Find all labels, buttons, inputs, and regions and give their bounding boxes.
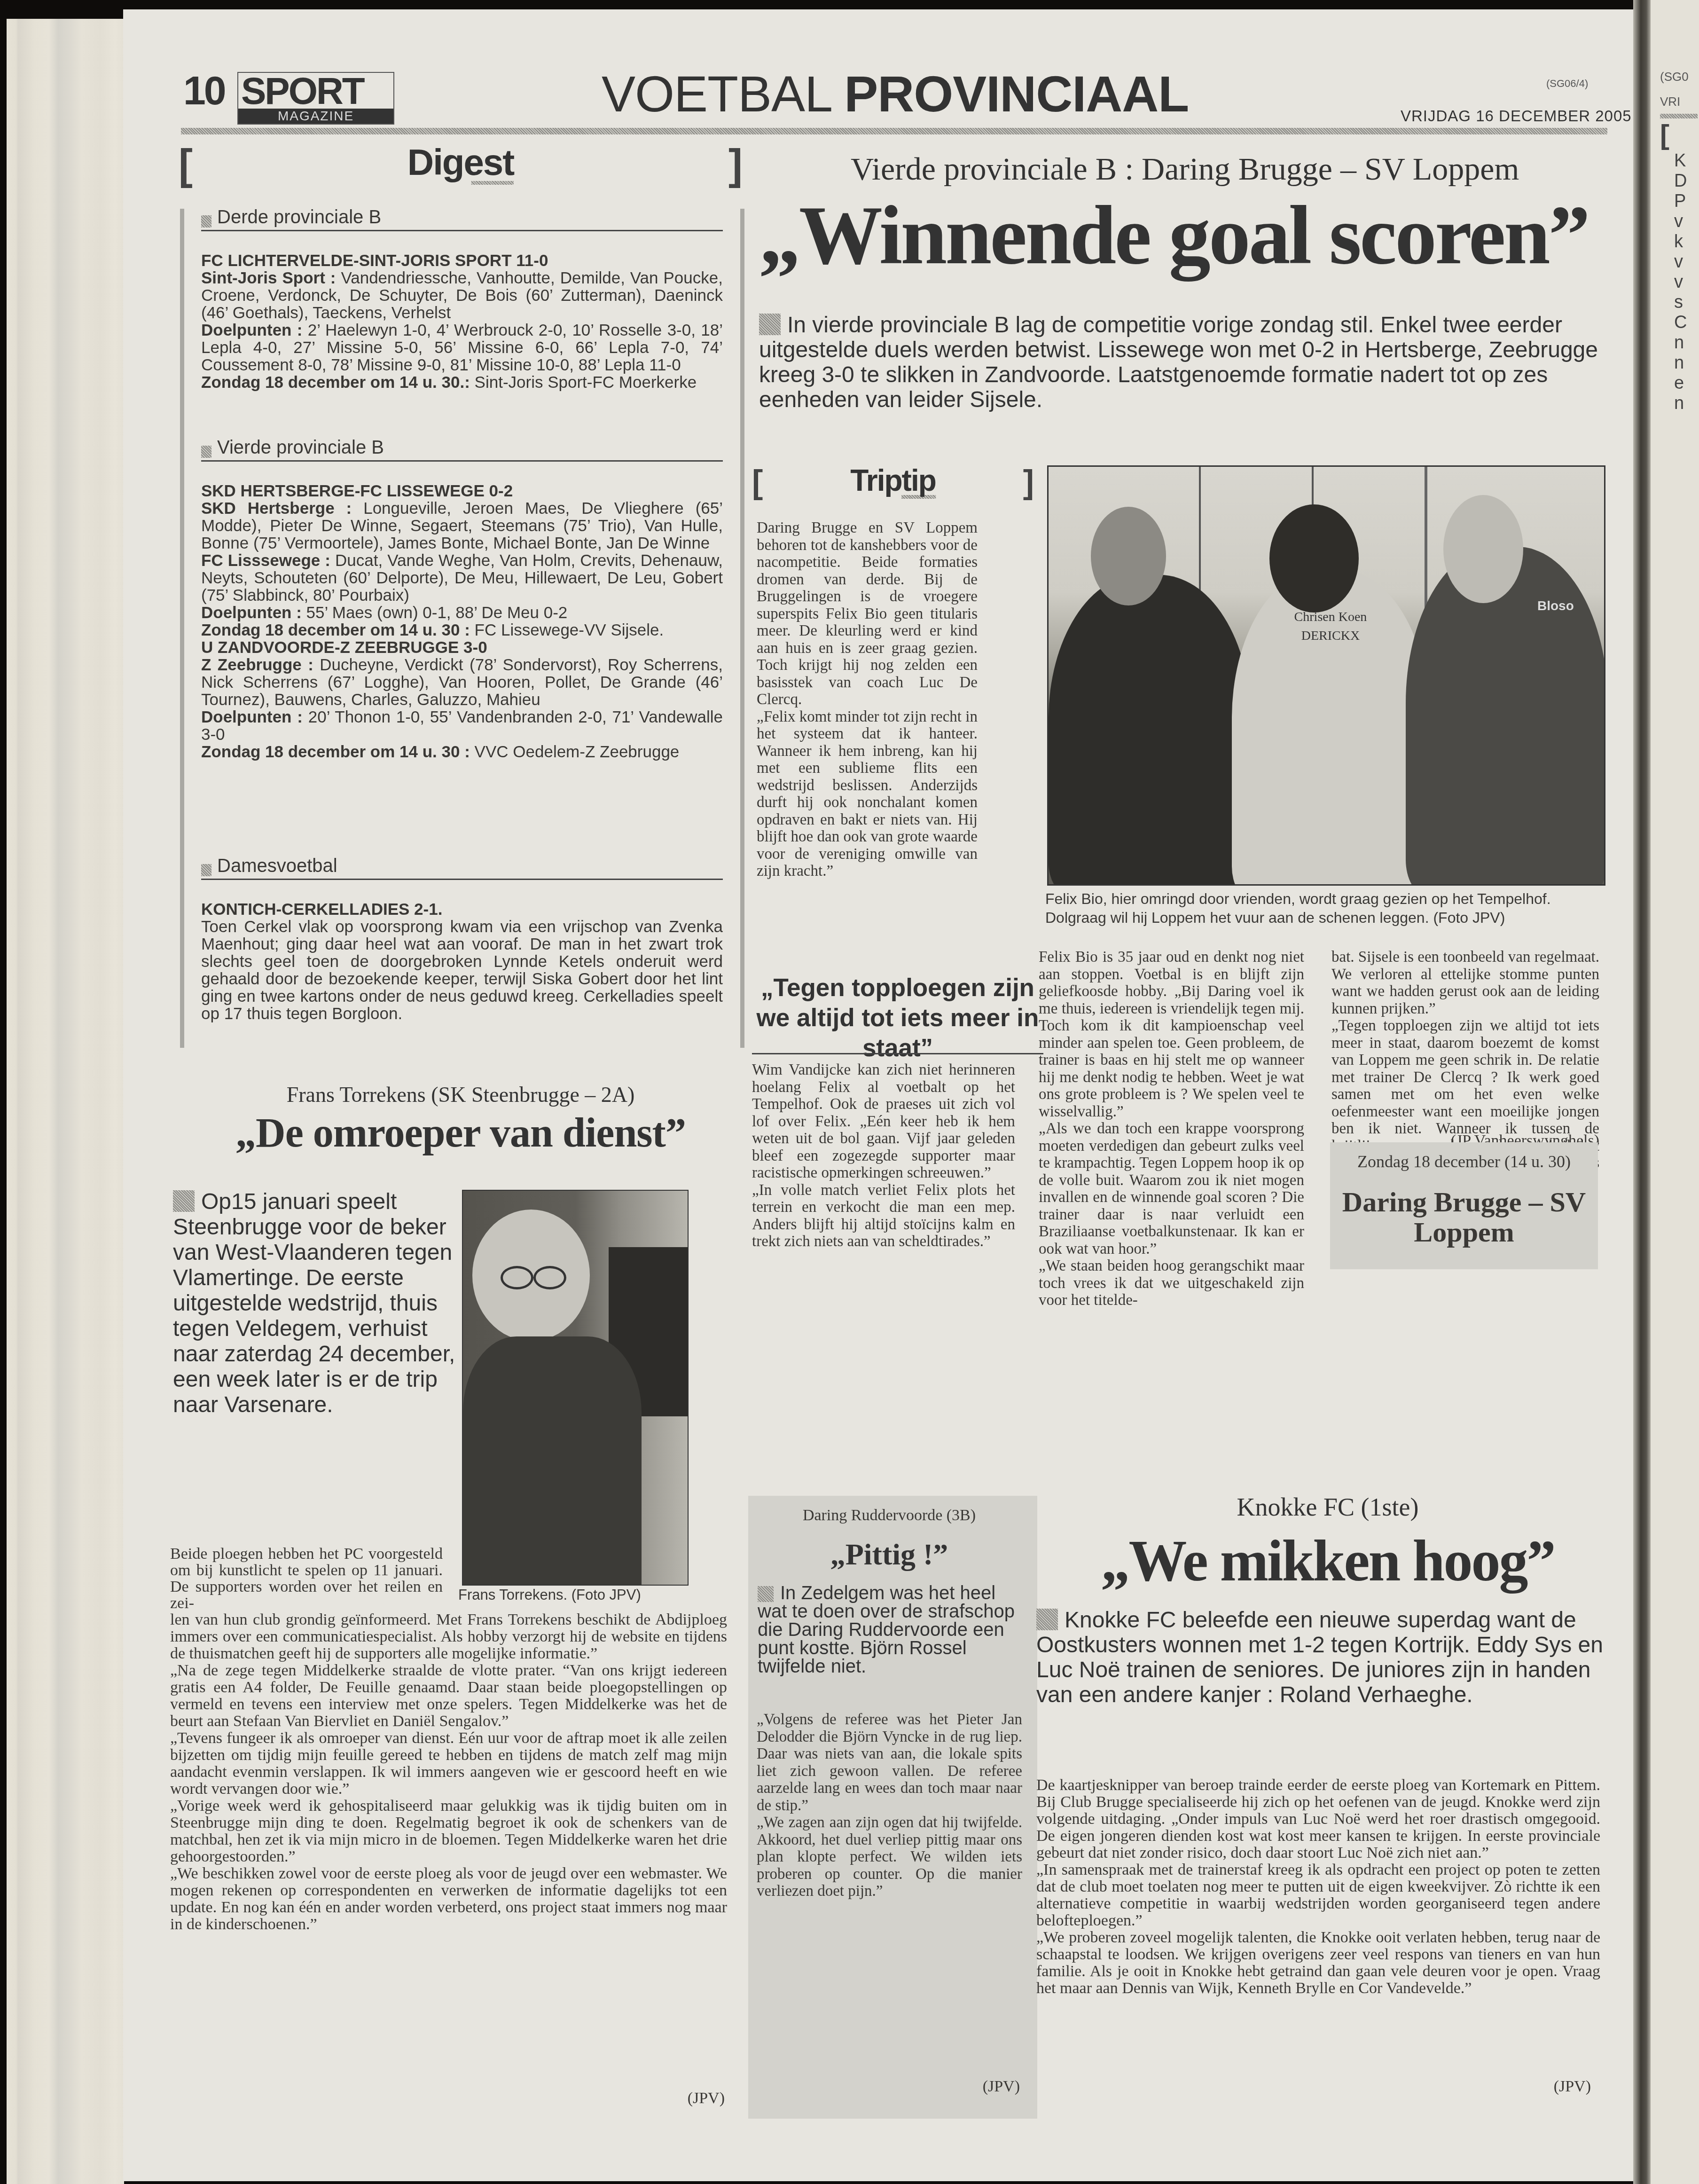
- digest-line: Doelpunten : 55’ Maes (own) 0-1, 88’ De …: [201, 604, 723, 621]
- pull-quote-rule: [752, 1053, 1043, 1054]
- pull-quote: „Tegen topploegen zijn we altijd tot iet…: [752, 973, 1043, 1063]
- next-page-letter: K: [1674, 151, 1699, 171]
- page-number: 10: [183, 71, 225, 111]
- face-center: [1269, 504, 1359, 613]
- bracket-open: [: [179, 141, 193, 189]
- digest-line: Z Zeebrugge : Ducheyne, Verdickt (78’ So…: [201, 656, 723, 708]
- section-title-bold: PROVINCIAAL: [844, 65, 1189, 122]
- face-right: [1443, 495, 1523, 603]
- article-column-2: Felix Bio is 35 jaar oud en denkt nog ni…: [1039, 949, 1304, 1309]
- jacket-logo-text: Bloso: [1537, 598, 1574, 613]
- digest-subheading: Vierde provinciale B: [201, 439, 723, 462]
- digest-section-derde: Derde provinciale B FC LICHTERVELDE-SINT…: [201, 209, 723, 391]
- byline: (JPV): [757, 2078, 1020, 2096]
- next-page-letter: e: [1674, 373, 1699, 393]
- digest-line: FC LICHTERVELDE-SINT-JORIS SPORT 11-0: [201, 252, 723, 269]
- knokke-kicker: Knokke FC (1ste): [1034, 1493, 1621, 1522]
- main-kicker: Vierde provinciale B : Daring Brugge – S…: [851, 150, 1519, 188]
- glasses-icon: [533, 1266, 566, 1289]
- torrekens-headline: „De omroeper van dienst”: [179, 1109, 743, 1157]
- lede-square-icon: [1036, 1609, 1058, 1630]
- digest-line: SKD Hertsberge : Longueville, Jeroen Mae…: [201, 500, 723, 552]
- photo-frans-torrekens: [462, 1190, 689, 1586]
- digest-line: Zondag 18 december om 14 u. 30 : VVC Oed…: [201, 743, 723, 761]
- next-page-letter: P: [1674, 191, 1699, 212]
- next-page-code: (SG0: [1660, 70, 1699, 84]
- knokke-lede: Knokke FC beleefde een nieuwe superdag w…: [1036, 1608, 1610, 1707]
- lede-square-icon: [758, 1586, 774, 1602]
- digest-line: Doelpunten : 2’ Haelewyn 1-0, 4’ Werbrou…: [201, 322, 723, 374]
- bracket-open: [: [752, 463, 763, 501]
- person-left: [1049, 575, 1251, 886]
- digest-title: Digest: [407, 141, 514, 185]
- torrekens-kicker: Frans Torrekens (SK Steenbrugge – 2A): [179, 1082, 743, 1107]
- digest-line: FC Lisssewege : Ducat, Vande Weghe, Van …: [201, 552, 723, 604]
- pittig-body: „Volgens de referee was het Pieter Jan D…: [757, 1711, 1022, 1900]
- binding-gutter: [1633, 0, 1652, 2184]
- header-rule: [181, 128, 1607, 134]
- next-page-letter: D: [1674, 171, 1699, 191]
- sport-magazine-logo: SPORT MAGAZINE: [237, 72, 394, 125]
- torrekens-intro: Beide ploegen hebben het PC voorgesteld …: [170, 1546, 443, 1611]
- pittig-headline: „Pittig !”: [748, 1537, 1030, 1572]
- byline: (JPV): [170, 2090, 725, 2107]
- edition-code: (SG06/4): [1546, 78, 1588, 90]
- triptip-body: Daring Brugge en SV Loppem behoren tot d…: [757, 519, 978, 880]
- torrekens-body: len van hun club grondig geïnformeerd. M…: [170, 1611, 727, 1933]
- jersey-text: Chrisen KoenDERICKX: [1251, 608, 1410, 645]
- next-page-letter: n: [1674, 353, 1699, 373]
- person-right: [1406, 547, 1605, 886]
- face-left: [1091, 507, 1166, 605]
- bracket-close: ]: [728, 141, 743, 189]
- digest-line: Zondag 18 december om 14 u. 30 : FC Liss…: [201, 621, 723, 639]
- digest-subheading: Derde provinciale B: [201, 209, 723, 231]
- shirt: [463, 1336, 642, 1586]
- next-page-letter: C: [1674, 313, 1699, 333]
- lede-square-icon: [173, 1190, 195, 1212]
- next-page-edge: (SG0 VRI [ KDPvkvvsCnnen: [1651, 0, 1699, 2184]
- logo-magazine: MAGAZINE: [238, 109, 393, 124]
- digest-line: Toen Cerkel vlak op voorsprong kwam via …: [201, 918, 723, 1022]
- next-page-letter: v: [1674, 272, 1699, 292]
- main-headline: „Winnende goal scoren”: [759, 193, 1589, 277]
- next-page-letter: v: [1674, 212, 1699, 232]
- byline: (JPV): [1036, 2078, 1591, 2096]
- digest-line: Sint-Joris Sport : Vandendriessche, Vanh…: [201, 269, 723, 322]
- logo-sport: SPORT: [241, 72, 364, 110]
- digest-subheading: Damesvoetbal: [201, 857, 723, 880]
- digest-section-dames: Damesvoetbal KONTICH-CERKELLADIES 2-1. T…: [201, 857, 723, 1022]
- page-stack-edge: [7, 19, 124, 2184]
- match-teams: Daring Brugge – SV Loppem: [1330, 1187, 1598, 1247]
- next-page-letter: v: [1674, 252, 1699, 272]
- pittig-kicker: Daring Ruddervoorde (3B): [748, 1507, 1030, 1524]
- next-page-letter: s: [1674, 292, 1699, 313]
- photo-caption: Felix Bio, hier omringd door vrienden, w…: [1045, 889, 1605, 927]
- next-page-bracket: [: [1660, 118, 1699, 151]
- digest-line: KONTICH-CERKELLADIES 2-1.: [201, 901, 723, 918]
- glasses-icon: [501, 1266, 533, 1289]
- next-page-letter: n: [1674, 333, 1699, 353]
- digest-line: SKD HERTSBERGE-FC LISSEWEGE 0-2: [201, 482, 723, 500]
- lede-square-icon: [759, 314, 781, 335]
- digest-line: Doelpunten : 20’ Thonon 1-0, 55’ Vandenb…: [201, 708, 723, 743]
- article-column-1: Wim Vandijcke kan zich niet herinneren h…: [752, 1061, 1015, 1250]
- bracket-close: ]: [1023, 463, 1034, 501]
- next-page-letter: n: [1674, 393, 1699, 414]
- digest-line: Zondag 18 december om 14 u. 30.: Sint-Jo…: [201, 374, 723, 391]
- knokke-body: De kaartjesknipper van beroep trainde ee…: [1036, 1777, 1600, 1997]
- triptip-title: Triptip: [850, 463, 936, 499]
- section-title: VOETBAL PROVINCIAAL: [602, 66, 1189, 122]
- next-page-letters: KDPvkvvsCnnen: [1674, 151, 1699, 414]
- digest-line: U ZANDVOORDE-Z ZEEBRUGGE 3-0: [201, 639, 723, 656]
- photo-felix-bio: Chrisen KoenDERICKX Bloso: [1047, 465, 1605, 886]
- triptip-header: [ Triptip ]: [752, 463, 1034, 515]
- match-date: Zondag 18 december (14 u. 30): [1330, 1152, 1598, 1171]
- next-page-letter: k: [1674, 232, 1699, 252]
- dateline: VRIJDAG 16 DECEMBER 2005: [1401, 107, 1632, 125]
- digest-header: [ Digest ]: [179, 141, 743, 193]
- next-page-date: VRI: [1660, 94, 1699, 109]
- photo-caption: Frans Torrekens. (Foto JPV): [458, 1587, 641, 1603]
- digest-box: Derde provinciale B FC LICHTERVELDE-SINT…: [180, 209, 744, 1048]
- digest-section-vierde: Vierde provinciale B SKD HERTSBERGE-FC L…: [201, 439, 723, 761]
- section-title-light: VOETBAL: [602, 65, 830, 122]
- knokke-headline: „We mikken hoog”: [1034, 1528, 1621, 1595]
- next-page-rule: [1660, 114, 1698, 118]
- torrekens-lede: Op15 januari speelt Steenbrugge voor de …: [173, 1189, 469, 1418]
- main-lede: In vierde provinciale B lag de competiti…: [759, 313, 1607, 412]
- pittig-lede: In Zedelgem was het heel wat te doen ove…: [758, 1584, 1021, 1676]
